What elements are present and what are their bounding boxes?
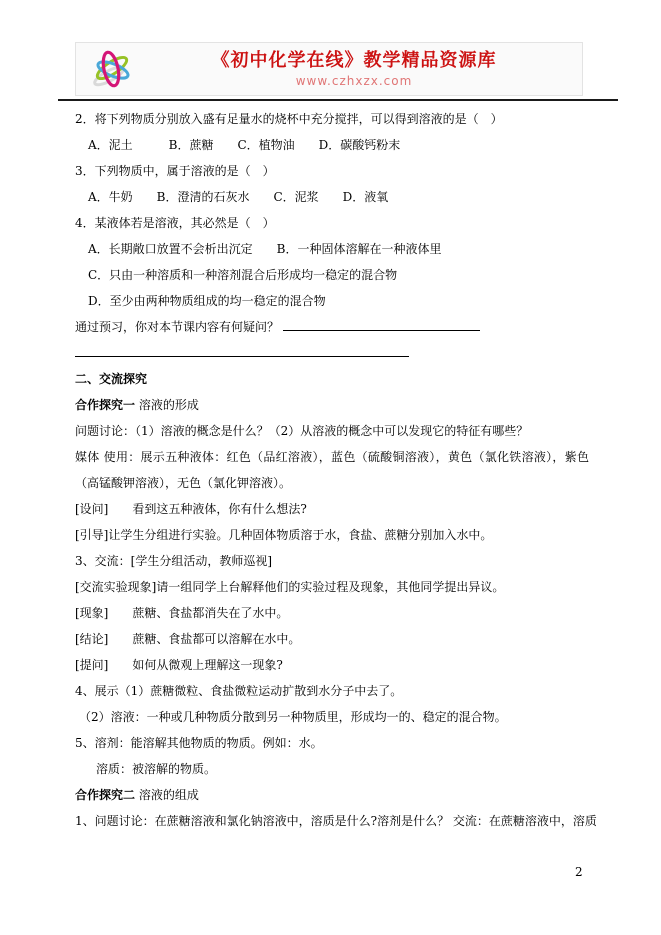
explore-1-title: 溶液的形成 <box>135 398 199 412</box>
question-2-stem: 2．将下列物质分别放入盛有足量水的烧杯中充分搅拌，可以得到溶液的是（ ） <box>75 106 589 132</box>
question-4-option-c: C．只由一种溶质和一种溶剂混合后形成均一稳定的混合物 <box>75 262 589 288</box>
header: 《初中化学在线》教学精品资源库 www.czhxzx.com <box>75 42 583 96</box>
answer-blank-1[interactable] <box>283 317 480 331</box>
header-divider <box>58 99 618 101</box>
question-4-option-d: D．至少由两种物质组成的均一稳定的混合物 <box>75 288 589 314</box>
explore-1-heading: 合作探究一 溶液的形成 <box>75 392 589 418</box>
page-number: 2 <box>575 864 583 880</box>
conclusion-line: [结论] 蔗糖、食盐都可以溶解在水中。 <box>75 626 589 652</box>
document-page: 《初中化学在线》教学精品资源库 www.czhxzx.com 2．将下列物质分别… <box>0 0 661 935</box>
phenomenon-line: [现象] 蔗糖、食盐都消失在了水中。 <box>75 600 589 626</box>
question-3-options: A．牛奶 B．澄清的石灰水 C．泥浆 D．液氧 <box>75 184 589 210</box>
discussion-questions-line: 问题讨论：（1）溶液的概念是什么？（2）从溶液的概念中可以发现它的特征有哪些？ <box>75 418 589 444</box>
question-3-stem: 3．下列物质中，属于溶液的是（ ） <box>75 158 589 184</box>
guide-line: [引导]让学生分组进行实验。几种固体物质溶于水，食盐、蔗糖分别加入水中。 <box>75 522 589 548</box>
answer-blank-2[interactable] <box>75 343 409 357</box>
question-4-options-ab: A．长期敞口放置不会析出沉定 B．一种固体溶解在一种液体里 <box>75 236 589 262</box>
atom-logo-icon <box>88 46 136 94</box>
display-line: 4、展示（1）蔗糖微粒、食盐微粒运动扩散到水分子中去了。 <box>75 678 589 704</box>
document-body: 2．将下列物质分别放入盛有足量水的烧杯中充分搅拌，可以得到溶液的是（ ） A．泥… <box>75 106 589 834</box>
question-4-stem: 4．某液体若是溶液，其必然是（ ） <box>75 210 589 236</box>
site-url[interactable]: www.czhxzx.com <box>136 73 572 89</box>
exchange-line: 3、交流：[学生分组活动，教师巡视] <box>75 548 589 574</box>
question-2-options: A．泥土 B．蔗糖 C．植物油 D．碳酸钙粉末 <box>75 132 589 158</box>
solution-definition-line: （2）溶液：一种或几种物质分散到另一种物质里，形成均一的、稳定的混合物。 <box>75 704 589 730</box>
explore-2-heading: 合作探究二 溶液的组成 <box>75 782 589 808</box>
header-text: 《初中化学在线》教学精品资源库 www.czhxzx.com <box>136 49 572 89</box>
solute-line: 溶质：被溶解的物质。 <box>75 756 589 782</box>
preview-doubt-prompt: 通过预习，你对本节课内容有何疑问？ <box>75 320 283 334</box>
solute-solvent-discussion-line: 1、问题讨论：在蔗糖溶液和氯化钠溶液中，溶质是什么?溶剂是什么？ 交流：在蔗糖溶… <box>75 808 589 834</box>
section-2-heading: 二、交流探究 <box>75 366 589 392</box>
explore-2-label: 合作探究二 <box>75 788 135 802</box>
preview-doubt-line: 通过预习，你对本节课内容有何疑问？ <box>75 314 589 340</box>
exchange-phenomenon-line: [交流实验现象]请一组同学上台解释他们的实验过程及现象，其他同学提出异议。 <box>75 574 589 600</box>
answer-blank-line <box>75 340 589 366</box>
explore-2-title: 溶液的组成 <box>135 788 199 802</box>
question-line: [提问] 如何从微观上理解这一现象? <box>75 652 589 678</box>
ask-line: [设问] 看到这五种液体，你有什么想法? <box>75 496 589 522</box>
solvent-line: 5、溶剂：能溶解其他物质的物质。例如：水。 <box>75 730 589 756</box>
media-use-line: 媒体 使用：展示五种液体：红色（品红溶液），蓝色（硫酸铜溶液），黄色（氯化铁溶液… <box>75 444 589 496</box>
explore-1-label: 合作探究一 <box>75 398 135 412</box>
site-title: 《初中化学在线》教学精品资源库 <box>136 49 572 73</box>
